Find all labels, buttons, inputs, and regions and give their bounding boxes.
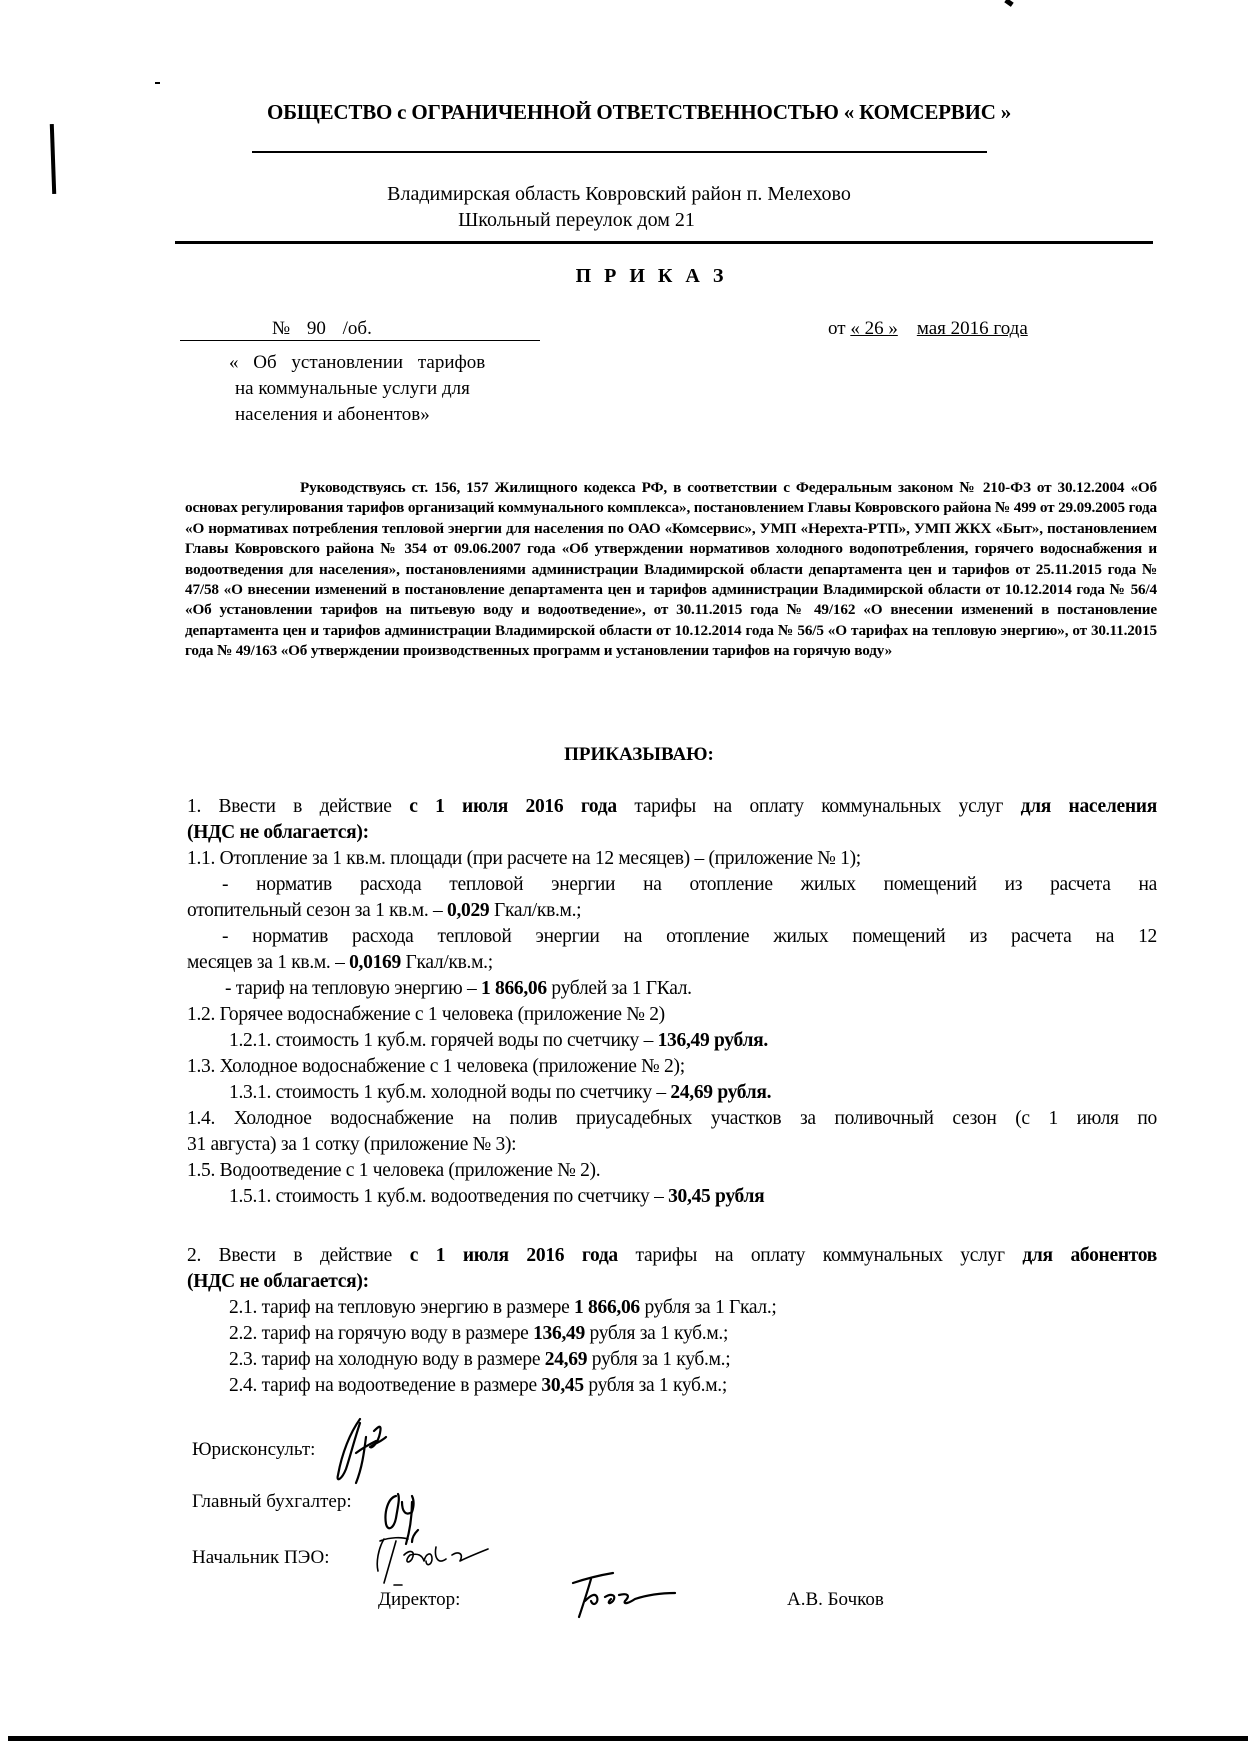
item-1-1: 1.1. Отопление за 1 кв.м. площади (при р… — [187, 846, 1157, 872]
signature-label-head-peo: Начальник ПЭО: — [192, 1547, 330, 1569]
date-prefix: от — [828, 318, 846, 339]
sewage-price: 30,45 рубля — [668, 1186, 764, 1207]
order-number-prefix: № — [272, 318, 290, 339]
tariff-item: 2.2. тариф на горячую воду в размере 136… — [187, 1321, 1157, 1347]
scan-bottom-edge — [8, 1736, 1248, 1741]
subject-line: населения и абонентов» — [235, 402, 540, 428]
tariff-value: 24,69 — [545, 1349, 587, 1370]
text: - тариф на тепловую энергию – — [225, 978, 481, 999]
text: 2. Ввести в действие — [187, 1245, 410, 1266]
order-date: от « 26 » мая 2016 года — [828, 318, 1028, 340]
order-number-value: 90 — [307, 318, 326, 339]
heat-tariff-value: 1 866,06 — [481, 978, 547, 999]
item-1-3: 1.3. Холодное водоснабжение с 1 человека… — [187, 1054, 1157, 1080]
text: Гкал/кв.м.; — [401, 952, 493, 973]
audience: для населения — [1021, 796, 1157, 817]
text: рубля за 1 куб.м.; — [584, 1375, 727, 1396]
tariff-value: 30,45 — [541, 1375, 583, 1396]
text: рубля за 1 куб.м.; — [587, 1349, 730, 1370]
section-1-intro: 1. Ввести в действие с 1 июля 2016 года … — [187, 794, 1157, 820]
signature-label-director: Директор: — [378, 1589, 460, 1611]
heat-tariff: - тариф на тепловую энергию – 1 866,06 р… — [187, 976, 1157, 1002]
norm-1-line-a: - норматив расхода тепловой энергии на о… — [187, 872, 1157, 898]
tariff-value: 1 866,06 — [574, 1297, 640, 1318]
text: тарифы на оплату коммунальных услуг — [618, 1245, 1023, 1266]
text: рублей за 1 ГКал. — [547, 978, 692, 999]
subject-line: на коммунальные услуги для — [235, 376, 540, 402]
cold-water-price: 24,69 рубля. — [670, 1082, 771, 1103]
text: рубля за 1 куб.м.; — [585, 1323, 728, 1344]
norm-1-line-b: отопительный сезон за 1 кв.м. – 0,029 Гк… — [187, 898, 1157, 924]
text: 1. Ввести в действие — [187, 796, 409, 817]
document-type: П Р И К А З — [0, 265, 1248, 288]
text: 2.2. тариф на горячую воду в размере — [229, 1323, 533, 1344]
section-2-intro: 2. Ввести в действие с 1 июля 2016 года … — [187, 1243, 1157, 1269]
tariff-value: 136,49 — [533, 1323, 585, 1344]
address-line-1: Владимирская область Ковровский район п.… — [0, 183, 1248, 206]
preamble: Руководствуясь ст. 156, 157 Жилищного ко… — [185, 478, 1157, 662]
hot-water-price: 136,49 рубля. — [658, 1030, 768, 1051]
order-number-suffix: /об. — [343, 318, 372, 339]
text: отопительный сезон за 1 кв.м. – — [187, 900, 447, 921]
text: рубля за 1 Гкал.; — [640, 1297, 777, 1318]
tariff-item: 2.1. тариф на тепловую энергию в размере… — [187, 1295, 1157, 1321]
text: 2.3. тариф на холодную воду в размере — [229, 1349, 545, 1370]
decree-heading: ПРИКАЗЫВАЮ: — [0, 744, 1248, 766]
subject-line: « Об установлении тарифов — [235, 350, 540, 376]
text: Гкал/кв.м.; — [489, 900, 581, 921]
item-1-5-1: 1.5.1. стоимость 1 куб.м. водоотведения … — [187, 1184, 1157, 1210]
date-month-year: мая 2016 года — [917, 318, 1028, 339]
text: 1.2.1. стоимость 1 куб.м. горячей воды п… — [229, 1030, 658, 1051]
effective-date: с 1 июля 2016 года — [409, 796, 617, 817]
order-subject: « Об установлении тарифов на коммунальны… — [235, 350, 540, 428]
date-day: « 26 » — [850, 318, 898, 339]
norm-2-line-b: месяцев за 1 кв.м. – 0,0169 Гкал/кв.м.; — [187, 950, 1157, 976]
item-1-2-1: 1.2.1. стоимость 1 куб.м. горячей воды п… — [187, 1028, 1157, 1054]
item-1-3-1: 1.3.1. стоимость 1 куб.м. холодной воды … — [187, 1080, 1157, 1106]
organization-name: ОБЩЕСТВО с ОГРАНИЧЕННОЙ ОТВЕТСТВЕННОСТЬЮ… — [0, 100, 1248, 125]
signature-head-peo — [368, 1525, 518, 1595]
norm-2-value: 0,0169 — [349, 952, 401, 973]
item-1-5: 1.5. Водоотведение с 1 человека (приложе… — [187, 1158, 1157, 1184]
vat-text: (НДС не облагается): — [187, 822, 369, 843]
order-number: № 90 /об. — [180, 318, 540, 341]
effective-date: с 1 июля 2016 года — [410, 1245, 618, 1266]
section-2: 2. Ввести в действие с 1 июля 2016 года … — [187, 1243, 1157, 1399]
signature-director — [565, 1565, 685, 1625]
signature-legal-counsel — [320, 1413, 410, 1493]
norm-2-line-a: - норматив расхода тепловой энергии на о… — [187, 924, 1157, 950]
item-1-4-a: 1.4. Холодное водоснабжение на полив при… — [187, 1106, 1157, 1132]
scan-artifact-corner — [1004, 0, 1013, 7]
vat-note: (НДС не облагается): — [187, 820, 1157, 846]
text: месяцев за 1 кв.м. – — [187, 952, 349, 973]
signature-label-legal-counsel: Юрисконсульт: — [192, 1439, 315, 1461]
text: 2.4. тариф на водоотведение в размере — [229, 1375, 541, 1396]
header-divider-long — [175, 241, 1153, 244]
audience: для абонентов — [1022, 1245, 1157, 1266]
text: 2.1. тариф на тепловую энергию в размере — [229, 1297, 574, 1318]
tariff-item: 2.3. тариф на холодную воду в размере 24… — [187, 1347, 1157, 1373]
text: 1.3.1. стоимость 1 куб.м. холодной воды … — [229, 1082, 670, 1103]
address-line-2: Школьный переулок дом 21 — [0, 209, 1248, 232]
director-name: А.В. Бочков — [787, 1589, 884, 1611]
scan-artifact-dash — [155, 82, 160, 84]
header-divider-short — [252, 151, 987, 153]
section-1: 1. Ввести в действие с 1 июля 2016 года … — [187, 794, 1157, 1210]
text: 1.5.1. стоимость 1 куб.м. водоотведения … — [229, 1186, 668, 1207]
vat-text: (НДС не облагается): — [187, 1271, 369, 1292]
vat-note: (НДС не облагается): — [187, 1269, 1157, 1295]
tariff-item: 2.4. тариф на водоотведение в размере 30… — [187, 1373, 1157, 1399]
item-1-2: 1.2. Горячее водоснабжение с 1 человека … — [187, 1002, 1157, 1028]
signature-label-chief-accountant: Главный бухгалтер: — [192, 1491, 352, 1513]
item-1-4-b: 31 августа) за 1 сотку (приложение № 3): — [187, 1132, 1157, 1158]
norm-1-value: 0,029 — [447, 900, 489, 921]
text: тарифы на оплату коммунальных услуг — [617, 796, 1021, 817]
